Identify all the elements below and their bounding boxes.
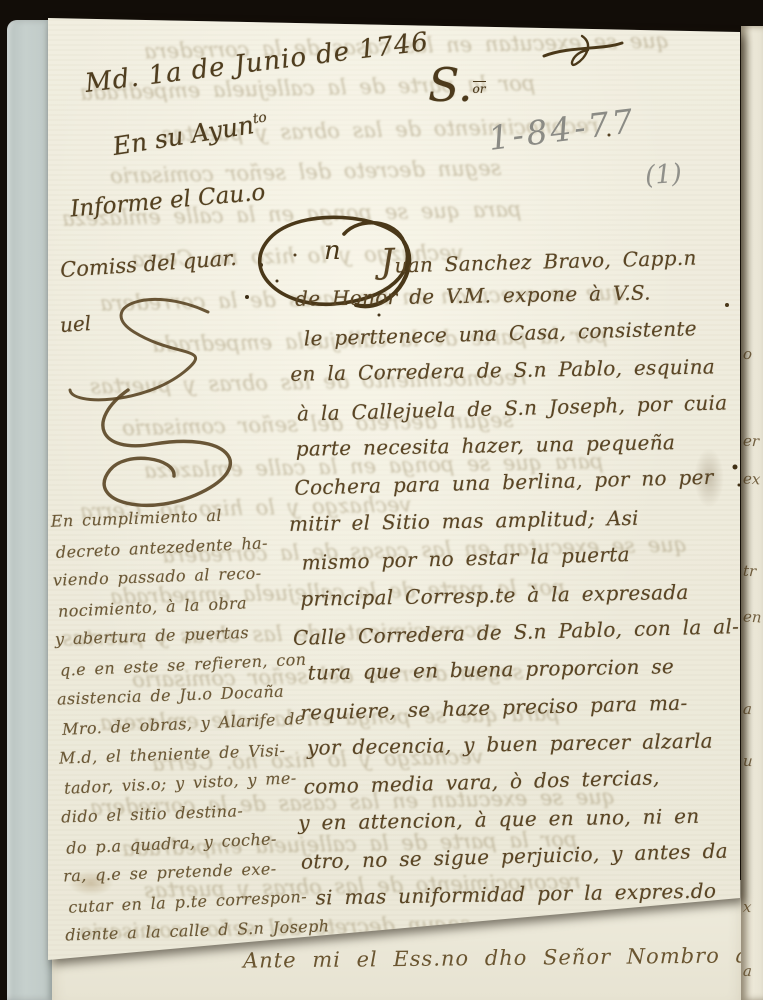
edge-text-fragment: er (743, 432, 760, 451)
edge-text-fragment: u (743, 752, 754, 770)
binding-backing-sheet (7, 20, 53, 1000)
pencil-page-number: (1) (644, 159, 683, 191)
senor-salutation: S.or (428, 58, 486, 112)
edge-text-fragment: tr (743, 562, 757, 581)
manuscript-page: que se executan en las casas de la corre… (48, 14, 740, 966)
margin-report-note: En cumplimiento al decreto antezedente h… (50, 498, 330, 951)
bleedthrough-line: segun decreto del señor comisario (110, 156, 502, 188)
manuscript-scan: Ante mi el Ess.no dho Señor Nombro a oer… (0, 0, 763, 1000)
adjacent-page-sliver: oerextrenauxa (741, 26, 763, 1000)
edge-text-fragment: x (743, 898, 752, 916)
ink-cross-mark-icon (540, 32, 626, 72)
senor-s: S. (428, 58, 473, 112)
petition-text: Juan Sanchez Bravo, Capp.n de Honor de V… (284, 236, 744, 917)
edge-text-fragment: a (743, 962, 753, 980)
comisario-note-2: uel (59, 311, 92, 337)
notary-line: Ante mi el Ess.no dho Señor Nombro a (243, 943, 749, 972)
edge-text-fragment: en (743, 608, 762, 627)
ink-specks (48, 14, 50, 16)
edge-text-fragment: ex (743, 470, 761, 489)
ayuntamiento-superscript: to (252, 109, 268, 127)
senor-superscript: or (473, 81, 486, 96)
edge-text-fragment: a (743, 700, 753, 718)
edge-text-fragment: o (743, 345, 753, 363)
